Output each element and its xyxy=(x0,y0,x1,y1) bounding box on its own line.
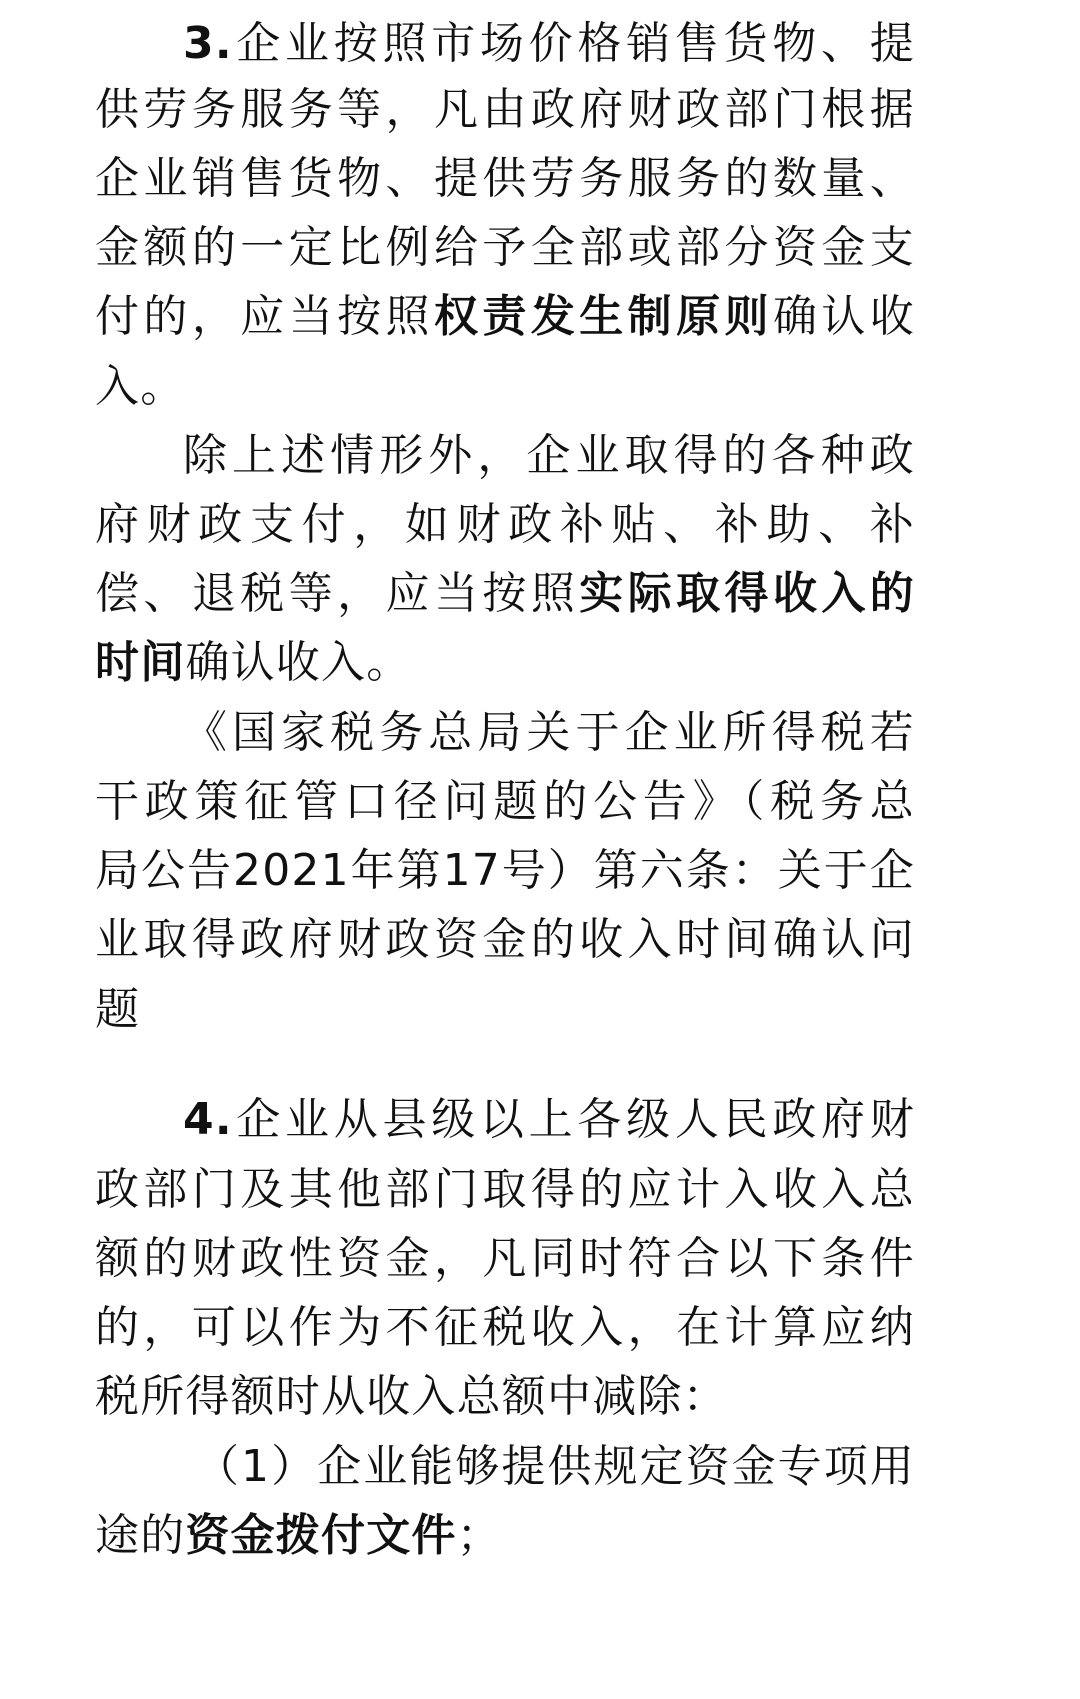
section-3-line-3: 企业销售货物、提供劳务服务的数量、 xyxy=(95,149,915,209)
section-4-line-5: 税所得额时从收入总额中减除： xyxy=(95,1367,915,1427)
emphasis-accrual-principle: 权责发生制原则 xyxy=(434,291,773,342)
section-3-line-1: 3.企业按照市场价格销售货物、提 xyxy=(95,14,915,74)
condition-1-line-2: 途的资金拨付文件； xyxy=(95,1506,915,1566)
section-4-line-4: 的，可以作为不征税收入，在计算应纳 xyxy=(95,1298,915,1358)
section-4-line-2: 政部门及其他部门取得的应计入收入总 xyxy=(95,1160,915,1220)
citation-line-4: 业取得政府财政资金的收入时间确认问 xyxy=(95,910,915,970)
document-page: 3.企业按照市场价格销售货物、提 供劳务服务等，凡由政府财政部门根据 企业销售货… xyxy=(0,0,1080,1699)
section-3-line-4: 金额的一定比例给予全部或部分资金支 xyxy=(95,218,915,278)
section-3-line-6: 入。 xyxy=(95,357,915,417)
section-3-line-5: 付的，应当按照权责发生制原则确认收 xyxy=(95,287,915,347)
condition-1-line-1: （1）企业能够提供规定资金专项用 xyxy=(95,1437,915,1497)
other-payments-line-1: 除上述情形外，企业取得的各种政 xyxy=(95,426,915,486)
citation-line-1: 《国家税务总局关于企业所得税若 xyxy=(95,703,915,763)
emphasis-time: 时间 xyxy=(95,637,185,688)
section-3-line-2: 供劳务服务等，凡由政府财政部门根据 xyxy=(95,80,915,140)
section-4-line-3: 额的财政性资金，凡同时符合以下条件 xyxy=(95,1229,915,1289)
section-3-number: 3. xyxy=(183,18,233,69)
other-payments-line-2: 府财政支付，如财政补贴、补助、补 xyxy=(95,495,915,555)
section-4-number: 4. xyxy=(183,1094,233,1145)
section-4-line-1: 4.企业从县级以上各级人民政府财 xyxy=(95,1090,915,1150)
citation-line-2: 干政策征管口径问题的公告》（税务总 xyxy=(95,772,915,832)
citation-line-5: 题 xyxy=(95,980,915,1040)
emphasis-fund-allocation-doc: 资金拨付文件 xyxy=(185,1510,456,1561)
other-payments-line-4: 时间确认收入。 xyxy=(95,633,915,693)
emphasis-actual-receipt: 实际取得收入的 xyxy=(579,568,915,619)
citation-line-3: 局公告2021年第17号）第六条：关于企 xyxy=(95,841,915,901)
other-payments-line-3: 偿、退税等，应当按照实际取得收入的 xyxy=(95,564,915,624)
